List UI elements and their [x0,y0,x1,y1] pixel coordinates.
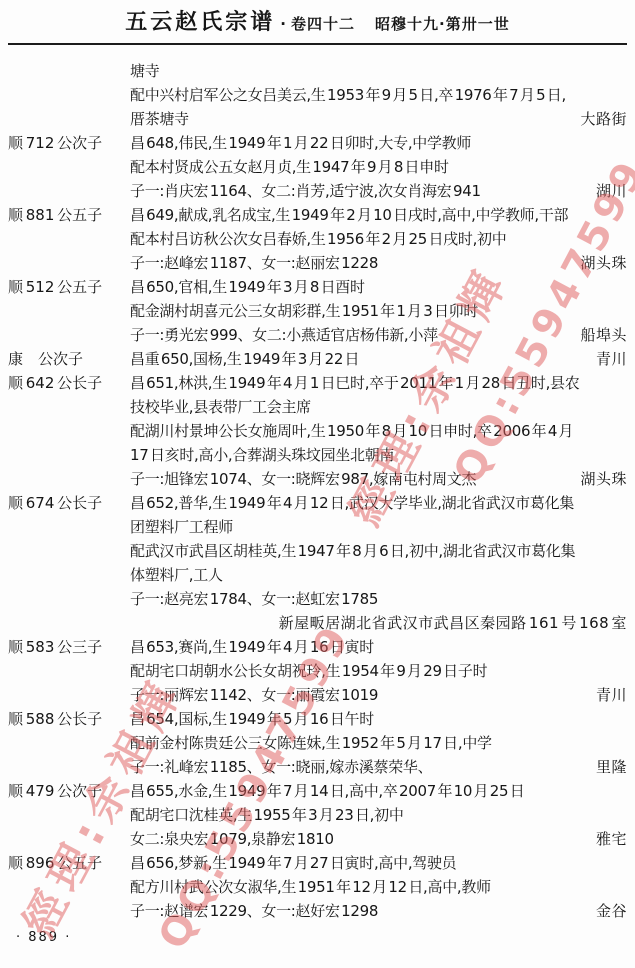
place-name: 青川 [596,683,635,707]
entry-text: 昌 652,普华,生 1949 年 4 月 12 日,武汉大学毕业,湖北省武汉市… [130,491,574,515]
lineage-label: 顺 712 公次子 [0,131,130,155]
genealogy-line: 顺 712 公次子 昌 648,伟民,生 1949 年 1 月 22 日卯时,大… [0,131,635,155]
entry-text: 子一:肖庆宏 1164、女二:肖芳,适宁波,次女肖海宏 941 [130,179,481,203]
entry-text: 技校毕业,县表带厂工会主席 [130,395,311,419]
genealogy-line: 顺 674 公长子 昌 652,普华,生 1949 年 4 月 12 日,武汉大… [0,491,635,515]
entry-text: 配方川村武公次女淑华,生 1951 年 12 月 12 日,高中,教师 [130,875,491,899]
genealogy-line: 子一:丽辉宏 1142、女一:丽霞宏 1019 青川 [0,683,635,707]
genealogy-line: 子一:肖庆宏 1164、女二:肖芳,适宁波,次女肖海宏 941 湖川 [0,179,635,203]
entry-text: 配本村贤成公五女赵月贞,生 1947 年 9 月 8 日申时 [130,155,449,179]
genealogy-line: 子一:勇光宏 999、女二:小燕适官店杨伟新,小萍 船埠头 [0,323,635,347]
genealogy-line: 新屋畈居湖北省武汉市武昌区秦园路 161 号 168 室 [0,611,635,635]
entry-text: 配本村吕访秋公次女吕春娇,生 1956 年 2 月 25 日戌时,初中 [130,227,506,251]
place-name: 湖川 [596,179,635,203]
genealogy-line: 团塑料厂工程师 [0,515,635,539]
genealogy-line: 顺 512 公五子 昌 650,官相,生 1949 年 3 月 8 日酉时 [0,275,635,299]
genealogy-line: 配金湖村胡喜元公三女胡彩群,生 1951 年 1 月 3 日卯时 [0,299,635,323]
genealogy-line: 配方川村武公次女淑华,生 1951 年 12 月 12 日,高中,教师 [0,875,635,899]
entry-text: 子一:礼峰宏 1185、女一:晓丽,嫁赤溪蔡荣华、 [130,755,432,779]
genealogy-line: 子一:赵亮宏 1784、女一:赵虹宏 1785 [0,587,635,611]
genealogy-line: 康 公次子 昌重 650,国杨,生 1949 年 3 月 22 日 青川 [0,347,635,371]
entry-text: 配武汉市武昌区胡桂英,生 1947 年 8 月 6 日,初中,湖北省武汉市葛化集 [130,539,575,563]
place-name: 里隆 [596,755,635,779]
genealogy-line: 顺 642 公长子 昌 651,林洪,生 1949 年 4 月 1 日巳时,卒于… [0,371,635,395]
entry-text: 配湖川村景坤公长女施周叶,生 1950 年 8 月 10 日申时,卒 2006 … [130,419,573,443]
volume-label: 卷四十二 [291,15,355,33]
lineage-label: 顺 512 公五子 [0,275,130,299]
lineage-label: 康 公次子 [0,347,130,371]
entry-text: 17 日亥时,高小,合葬湖头珠坟园坐北朝南 [130,443,394,467]
genealogy-line: 子一:赵谱宏 1229、女一:赵好宏 1298 金谷 [0,899,635,923]
place-name: 湖头珠 [580,251,635,275]
entry-text: 子一:旭锋宏 1074、女一:晓辉宏 987,嫁南屯村周文杰 [130,467,476,491]
genealogy-line: 配中兴村启军公之女吕美云,生 1953 年 9 月 5 日,卒 1976 年 7… [0,83,635,107]
place-name: 新屋畈居湖北省武汉市武昌区秦园路 161 号 168 室 [279,611,635,635]
lineage-label: 顺 583 公三子 [0,635,130,659]
place-name: 雅宅 [596,827,635,851]
entry-text: 昌重 650,国杨,生 1949 年 3 月 22 日 [130,347,359,371]
entry-text: 昌 655,水金,生 1949 年 7 月 14 日,高中,卒 2007 年 1… [130,779,524,803]
entry-text: 昌 648,伟民,生 1949 年 1 月 22 日卯时,大专,中学教师 [130,131,471,155]
entry-text: 团塑料厂工程师 [130,515,233,539]
genealogy-line: 女二:泉央宏 1079,泉静宏 1810 雅宅 [0,827,635,851]
entry-text: 子一:丽辉宏 1142、女一:丽霞宏 1019 [130,683,378,707]
entry-text: 子一:勇光宏 999、女二:小燕适官店杨伟新,小萍 [130,323,438,347]
entry-text: 配胡宅口胡朝水公长女胡祝玲,生 1954 年 9 月 29 日子时 [130,659,487,683]
genealogy-line: 子一:赵峰宏 1187、女一:赵丽宏 1228 湖头珠 [0,251,635,275]
genealogy-line: 顺 896 公五子 昌 656,梦新,生 1949 年 7 月 27 日寅时,高… [0,851,635,875]
genealogy-line: 顺 588 公长子 昌 654,国标,生 1949 年 5 月 16 日午时 [0,707,635,731]
title-separator-dot: · [280,15,286,33]
genealogy-line: 配本村贤成公五女赵月贞,生 1947 年 9 月 8 日申时 [0,155,635,179]
genealogy-line: 配武汉市武昌区胡桂英,生 1947 年 8 月 6 日,初中,湖北省武汉市葛化集 [0,539,635,563]
genealogy-line: 厝茶塘寺 大路街 [0,107,635,131]
place-name: 湖头珠 [580,467,635,491]
genealogy-line: 技校毕业,县表带厂工会主席 [0,395,635,419]
place-name: 大路街 [580,107,635,131]
genealogy-page: 五云赵氏宗谱·卷四十二昭穆十九·第卅一世 塘寺 配中兴村启军公之女吕美云,生 1… [0,0,635,968]
entry-text: 体塑料厂,工人 [130,563,223,587]
genealogy-line: 顺 881 公五子 昌 649,献成,乳名成宝,生 1949 年 2 月 10 … [0,203,635,227]
genealogy-line: 17 日亥时,高小,合葬湖头珠坟园坐北朝南 [0,443,635,467]
lineage-label: 顺 479 公次子 [0,779,130,803]
lineage-label: 顺 674 公长子 [0,491,130,515]
place-name: 青川 [596,347,635,371]
genealogy-line: 子一:礼峰宏 1185、女一:晓丽,嫁赤溪蔡荣华、 里隆 [0,755,635,779]
lines-container: 塘寺 配中兴村启军公之女吕美云,生 1953 年 9 月 5 日,卒 1976 … [0,59,635,923]
entry-text: 塘寺 [130,59,159,83]
genealogy-line: 顺 583 公三子 昌 653,赛尚,生 1949 年 4 月 16 日寅时 [0,635,635,659]
genealogy-line: 配本村吕访秋公次女吕春娇,生 1956 年 2 月 25 日戌时,初中 [0,227,635,251]
entry-text: 女二:泉央宏 1079,泉静宏 1810 [130,827,334,851]
place-name: 金谷 [596,899,635,923]
page-number: · 889 · [16,930,71,945]
genealogy-line: 配胡宅口沈桂英,生 1955 年 3 月 23 日,初中 [0,803,635,827]
entry-text: 厝茶塘寺 [130,107,189,131]
entry-text: 子一:赵谱宏 1229、女一:赵好宏 1298 [130,899,378,923]
book-title: 五云赵氏宗谱 [125,10,275,35]
entry-text: 昌 651,林洪,生 1949 年 4 月 1 日巳时,卒于 2011 年 1 … [130,371,579,395]
genealogy-line: 配湖川村景坤公长女施周叶,生 1950 年 8 月 10 日申时,卒 2006 … [0,419,635,443]
lineage-label: 顺 896 公五子 [0,851,130,875]
entry-text: 配胡宅口沈桂英,生 1955 年 3 月 23 日,初中 [130,803,404,827]
entry-text: 昌 654,国标,生 1949 年 5 月 16 日午时 [130,707,374,731]
page-header: 五云赵氏宗谱·卷四十二昭穆十九·第卅一世 [0,0,635,37]
genealogy-line: 顺 479 公次子 昌 655,水金,生 1949 年 7 月 14 日,高中,… [0,779,635,803]
entry-text: 昌 656,梦新,生 1949 年 7 月 27 日寅时,高中,驾驶员 [130,851,456,875]
genealogy-line: 体塑料厂,工人 [0,563,635,587]
place-name: 船埠头 [580,323,635,347]
entry-text: 配中兴村启军公之女吕美云,生 1953 年 9 月 5 日,卒 1976 年 7… [130,83,566,107]
entry-text: 子一:赵峰宏 1187、女一:赵丽宏 1228 [130,251,378,275]
entry-text: 子一:赵亮宏 1784、女一:赵虹宏 1785 [130,587,378,611]
genealogy-line: 子一:旭锋宏 1074、女一:晓辉宏 987,嫁南屯村周文杰 湖头珠 [0,467,635,491]
entry-text: 配金湖村胡喜元公三女胡彩群,生 1951 年 1 月 3 日卯时 [130,299,478,323]
generation-label: 昭穆十九·第卅一世 [375,15,510,33]
genealogy-line: 配胡宅口胡朝水公长女胡祝玲,生 1954 年 9 月 29 日子时 [0,659,635,683]
lineage-label: 顺 881 公五子 [0,203,130,227]
entry-text: 昌 653,赛尚,生 1949 年 4 月 16 日寅时 [130,635,374,659]
genealogy-line: 配前金村陈贵廷公三女陈连妹,生 1952 年 5 月 17 日,中学 [0,731,635,755]
genealogy-line: 塘寺 [0,59,635,83]
entry-text: 昌 650,官相,生 1949 年 3 月 8 日酉时 [130,275,365,299]
lineage-label: 顺 588 公长子 [0,707,130,731]
lineage-label: 顺 642 公长子 [0,371,130,395]
entry-text: 昌 649,献成,乳名成宝,生 1949 年 2 月 10 日戌时,高中,中学教… [130,203,568,227]
header-rule [8,43,627,45]
entry-text: 配前金村陈贵廷公三女陈连妹,生 1952 年 5 月 17 日,中学 [130,731,492,755]
